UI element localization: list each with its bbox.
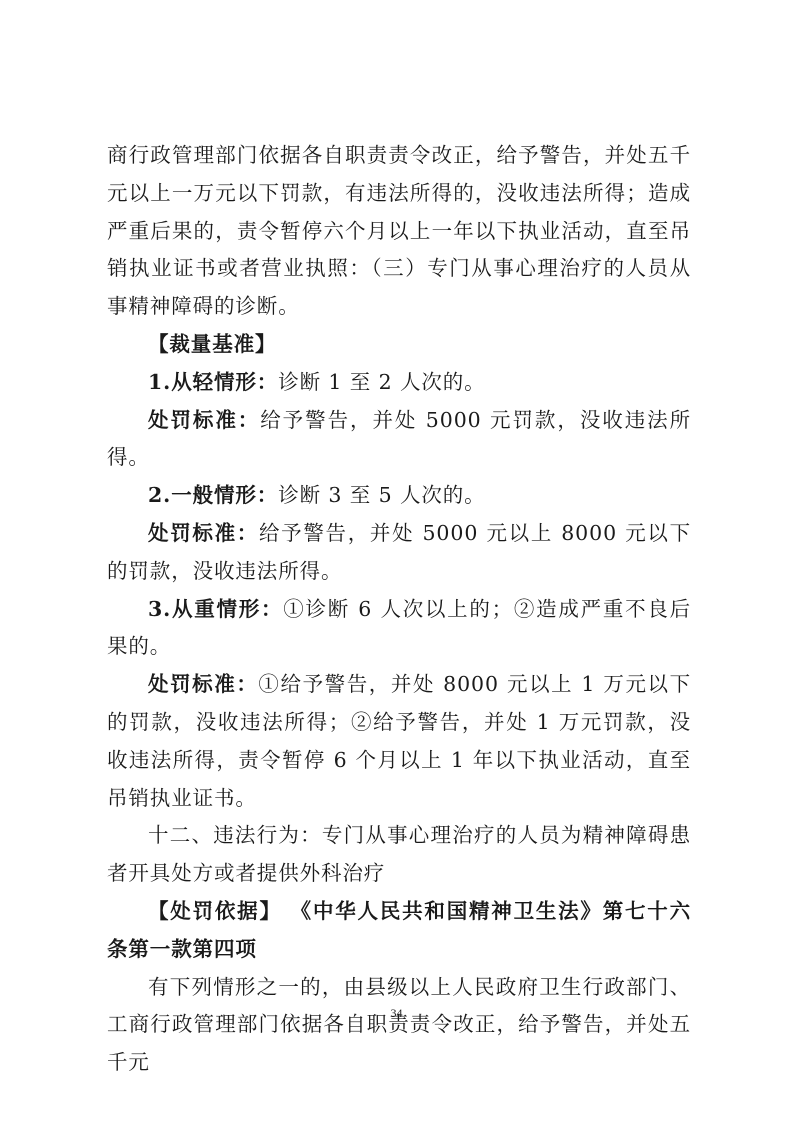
paragraph-violation-twelve: 十二、违法行为：专门从事心理治疗的人员为精神障碍患者开具处方或者提供外科治疗 — [107, 817, 691, 893]
page-body: 商行政管理部门依据各自职责责令改正，给予警告，并处五千元以上一万元以下罚款，有违… — [107, 137, 691, 1082]
paragraph-severe-penalty: 处罚标准：①给予警告，并处 8000 元以上 1 万元以下的罚款，没收违法所得；… — [107, 666, 691, 817]
paragraph-penalty-clause-continued: 商行政管理部门依据各自职责责令改正，给予警告，并处五千元以上一万元以下罚款，有违… — [107, 137, 691, 326]
paragraph-penalty-clause: 有下列情形之一的，由县级以上人民政府卫生行政部门、工商行政管理部门依据各自职责责… — [107, 969, 691, 1082]
heading-text: 【处罚依据】 《中华人民共和国精神卫生法》第七十六条第一款第四项 — [107, 899, 691, 961]
paragraph-severe-circumstance: 3.从重情形：①诊断 6 人次以上的；②造成严重不良后果的。 — [107, 591, 691, 667]
paragraph-lenient-penalty: 处罚标准：给予警告，并处 5000 元罚款，没收违法所得。 — [107, 402, 691, 478]
text-segment: 诊断 1 至 2 人次的。 — [278, 370, 485, 394]
heading-text: 【裁量基准】 — [148, 332, 276, 356]
text-segment: 商行政管理部门依据各自职责责令改正，给予警告，并处五千元以上一万元以下罚款，有违… — [107, 143, 691, 318]
label-severe: 3.从重情形： — [148, 597, 283, 621]
text-segment: 诊断 3 至 5 人次的。 — [278, 483, 485, 507]
text-segment: 有下列情形之一的，由县级以上人民政府卫生行政部门、工商行政管理部门依据各自职责责… — [107, 975, 691, 1075]
section-heading-discretion-standard: 【裁量基准】 — [107, 326, 691, 364]
paragraph-penalty-basis: 【处罚依据】 《中华人民共和国精神卫生法》第七十六条第一款第四项 — [107, 893, 691, 969]
page-number: 34 — [0, 1006, 793, 1021]
label-general: 2.一般情形： — [148, 483, 278, 507]
paragraph-general-penalty: 处罚标准：给予警告，并处 5000 元以上 8000 元以下的罚款，没收违法所得… — [107, 515, 691, 591]
label-lenient: 1.从轻情形： — [148, 370, 278, 394]
label-penalty-standard: 处罚标准： — [148, 408, 260, 432]
paragraph-general-circumstance: 2.一般情形：诊断 3 至 5 人次的。 — [107, 477, 691, 515]
text-segment: 十二、违法行为：专门从事心理治疗的人员为精神障碍患者开具处方或者提供外科治疗 — [107, 823, 691, 885]
document-page: 商行政管理部门依据各自职责责令改正，给予警告，并处五千元以上一万元以下罚款，有违… — [0, 0, 793, 1122]
label-penalty-standard: 处罚标准： — [148, 672, 258, 696]
paragraph-lenient-circumstance: 1.从轻情形：诊断 1 至 2 人次的。 — [107, 364, 691, 402]
label-penalty-standard: 处罚标准： — [148, 521, 259, 545]
